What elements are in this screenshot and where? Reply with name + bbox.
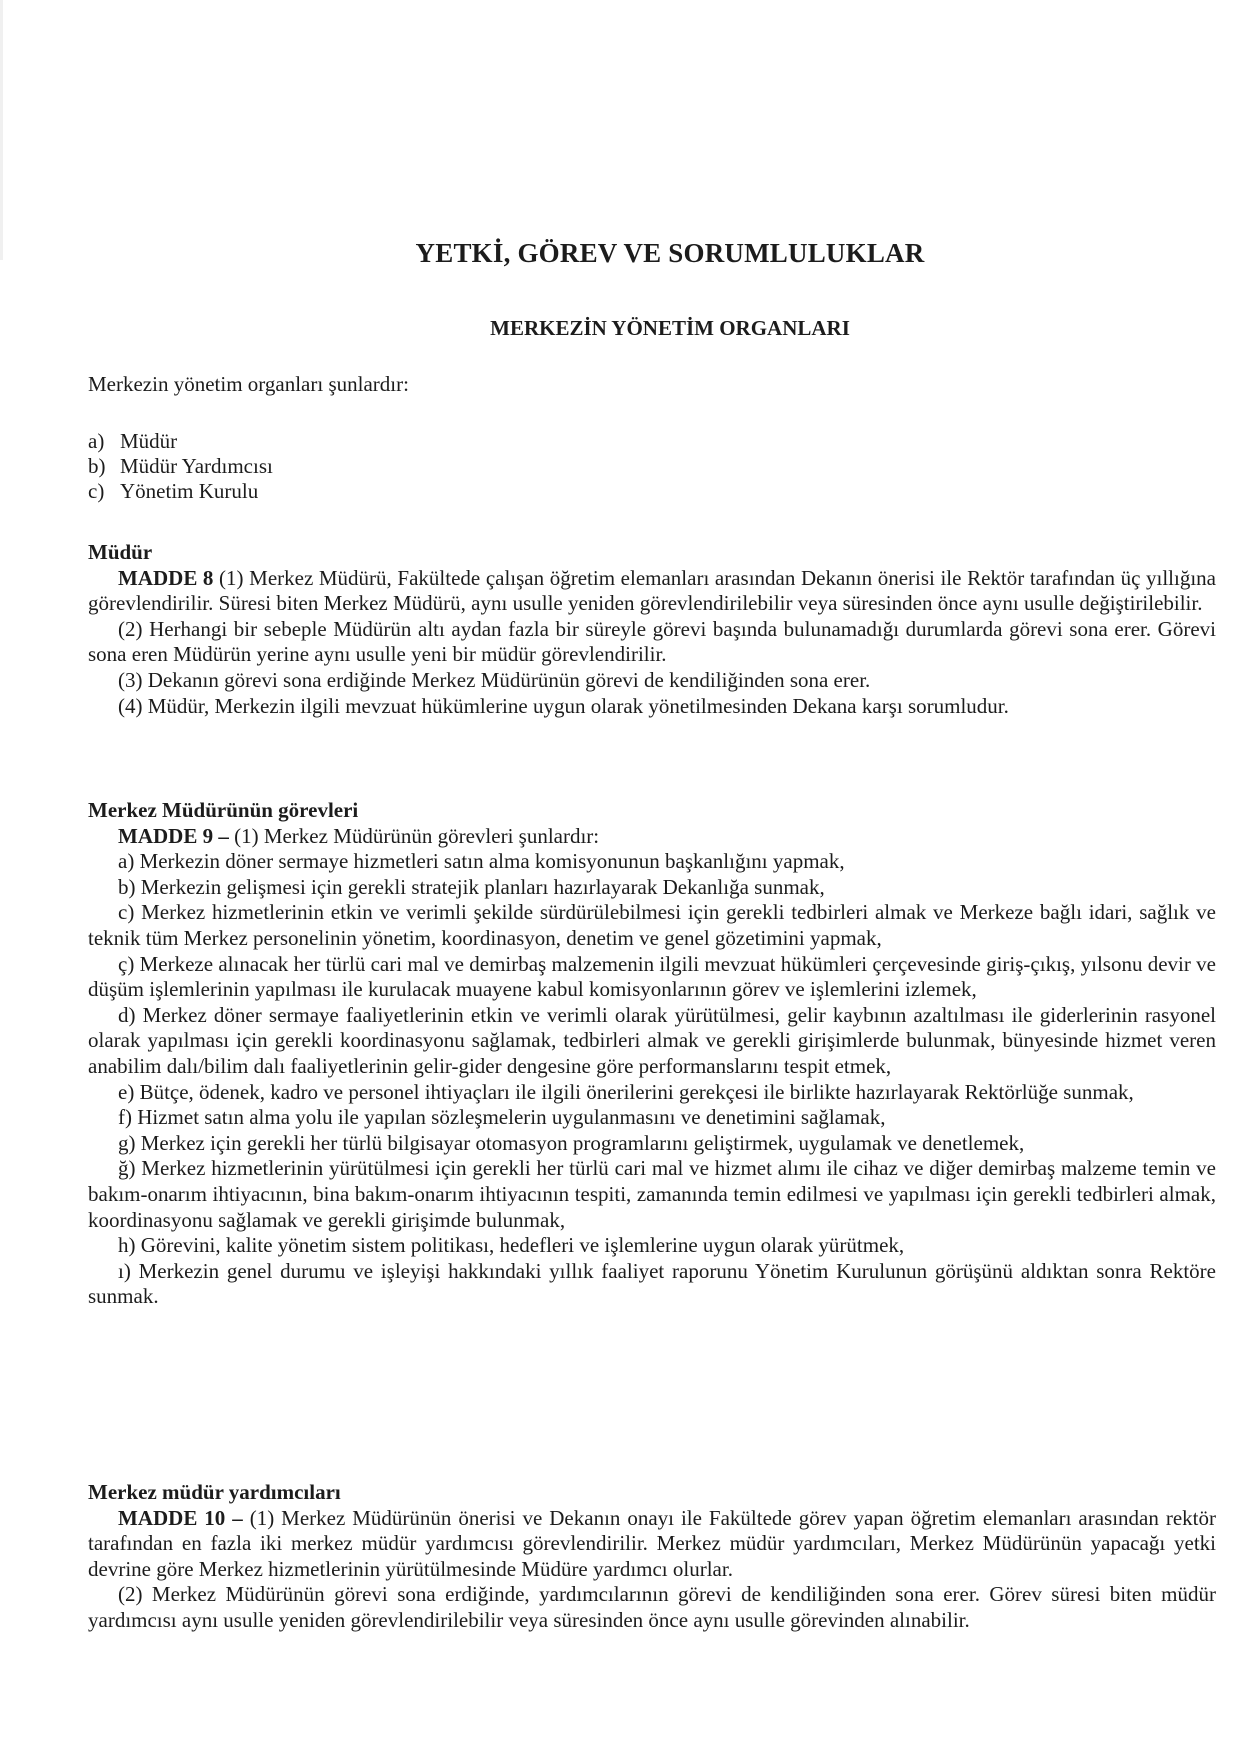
paragraph: h) Görevini, kalite yönetim sistem polit… [88,1233,1216,1259]
paragraph: MADDE 8 (1) Merkez Müdürü, Fakültede çal… [88,566,1216,617]
paragraph: (2) Herhangi bir sebeple Müdürün altı ay… [88,617,1216,668]
paragraph: (4) Müdür, Merkezin ilgili mevzuat hüküm… [88,694,1216,720]
section-madde-8: MüdürMADDE 8 (1) Merkez Müdürü, Fakülted… [88,540,1216,719]
paragraph: ç) Merkeze alınacak her türlü cari mal v… [88,952,1216,1003]
section-title: Merkez Müdürünün görevleri [88,798,1216,824]
section-madde-9: Merkez Müdürünün görevleriMADDE 9 – (1) … [88,798,1216,1310]
article-number: MADDE 8 [118,566,219,590]
paragraph: ğ) Merkez hizmetlerinin yürütülmesi için… [88,1156,1216,1233]
section-madde-10: Merkez müdür yardımcılarıMADDE 10 – (1) … [88,1480,1216,1634]
document-heading: YETKİ, GÖREV VE SORUMLULUKLAR [0,238,1240,269]
item-label: c) [88,479,120,504]
paragraph: MADDE 9 – (1) Merkez Müdürünün görevleri… [88,824,1216,850]
document-subheading: MERKEZİN YÖNETİM ORGANLARI [0,316,1240,341]
intro-text: Merkezin yönetim organları şunlardır: [88,372,409,397]
item-label: b) [88,454,120,479]
organs-list: a)Müdür b)Müdür Yardımcısı c)Yönetim Kur… [88,429,273,504]
article-number: MADDE 9 – [118,824,234,848]
paragraph: d) Merkez döner sermaye faaliyetlerinin … [88,1003,1216,1080]
paragraph: f) Hizmet satın alma yolu ile yapılan sö… [88,1105,1216,1131]
list-item: b)Müdür Yardımcısı [88,454,273,479]
scan-edge [0,0,3,260]
item-label: a) [88,429,120,454]
paragraph: g) Merkez için gerekli her türlü bilgisa… [88,1131,1216,1157]
paragraph: MADDE 10 – (1) Merkez Müdürünün önerisi … [88,1506,1216,1583]
list-item: a)Müdür [88,429,273,454]
paragraph: ı) Merkezin genel durumu ve işleyişi hak… [88,1259,1216,1310]
item-text: Yönetim Kurulu [120,479,258,504]
item-text: Müdür [120,429,177,454]
section-title: Müdür [88,540,1216,566]
paragraph: a) Merkezin döner sermaye hizmetleri sat… [88,849,1216,875]
section-title: Merkez müdür yardımcıları [88,1480,1216,1506]
paragraph: (2) Merkez Müdürünün görevi sona erdiğin… [88,1582,1216,1633]
paragraph: b) Merkezin gelişmesi için gerekli strat… [88,875,1216,901]
article-number: MADDE 10 – [118,1506,250,1530]
paragraph: c) Merkez hizmetlerinin etkin ve verimli… [88,900,1216,951]
paragraph: e) Bütçe, ödenek, kadro ve personel ihti… [88,1080,1216,1106]
list-item: c)Yönetim Kurulu [88,479,273,504]
paragraph: (3) Dekanın görevi sona erdiğinde Merkez… [88,668,1216,694]
item-text: Müdür Yardımcısı [120,454,273,479]
